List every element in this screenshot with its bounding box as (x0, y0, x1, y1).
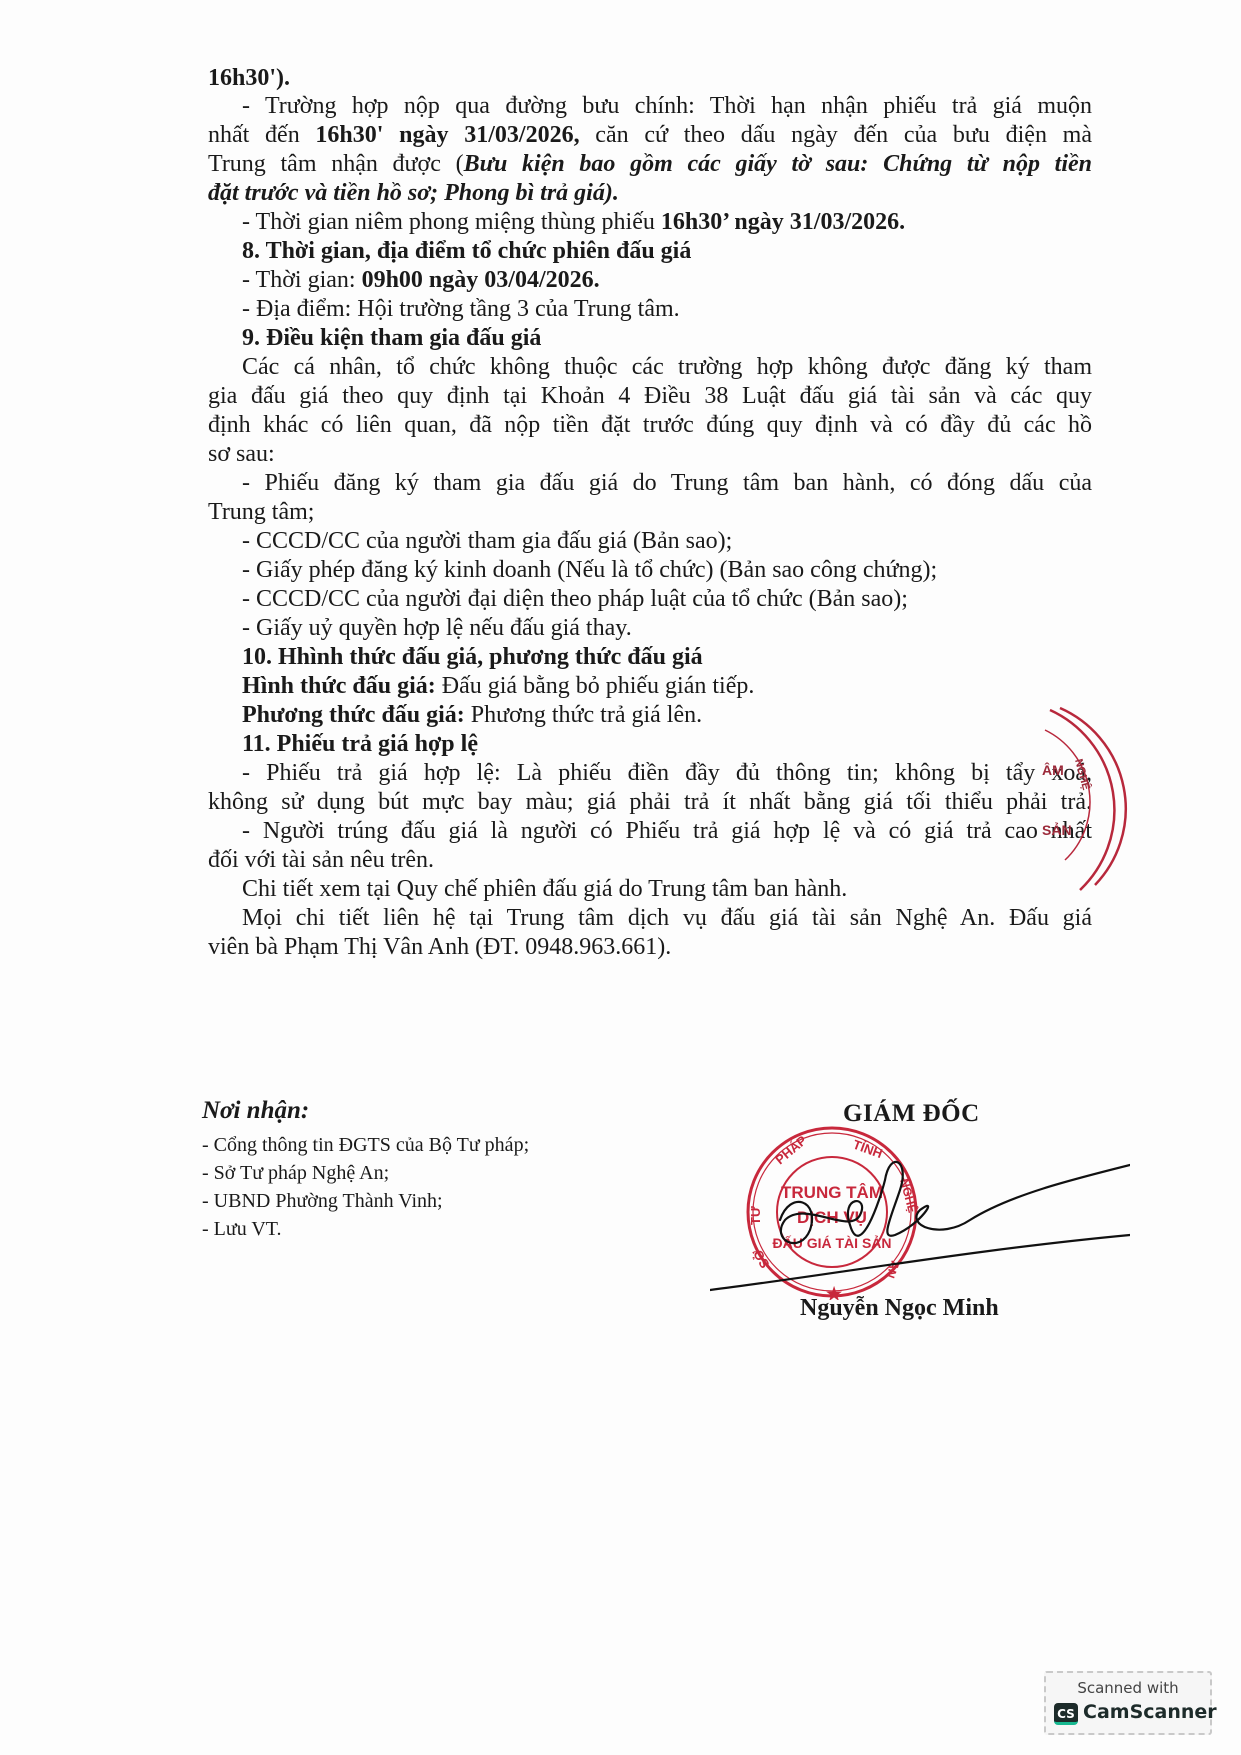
camscanner-watermark: Scanned with CS CamScanner (1044, 1671, 1212, 1735)
section-heading-8: 8. Thời gian, địa điểm tổ chức phiên đấu… (242, 235, 1092, 267)
text-line: - Thời gian: 09h00 ngày 03/04/2026. (242, 264, 1092, 296)
camscanner-logo-icon: CS (1054, 1703, 1078, 1725)
text-line: Chi tiết xem tại Quy chế phiên đấu giá d… (242, 873, 1092, 905)
svg-text:SẢN: SẢN (1042, 822, 1072, 838)
partial-seal-icon: ÂM SẢN NGHỆ (1040, 700, 1130, 900)
handwritten-signature-icon (710, 1140, 1130, 1300)
text-line: - Giấy uỷ quyền hợp lệ nếu đấu giá thay. (242, 612, 1092, 644)
recipients-title: Nơi nhận: (202, 1097, 309, 1125)
text-line: đặt trước và tiền hồ sơ; Phong bì trả gi… (208, 177, 1092, 209)
text-line: - Người trúng đấu giá là người có Phiếu … (242, 815, 1092, 847)
section-heading-11: 11. Phiếu trả giá hợp lệ (242, 728, 1092, 760)
text-line: Trung tâm nhận được (Bưu kiện bao gồm cá… (208, 148, 1092, 180)
text-line: Các cá nhân, tổ chức không thuộc các trư… (242, 351, 1092, 383)
text-line: - CCCD/CC của người tham gia đấu giá (Bả… (242, 525, 1092, 557)
text-line: Trung tâm; (208, 496, 1092, 528)
svg-text:ÂM: ÂM (1042, 761, 1064, 778)
recipient-item: - Sở Tư pháp Nghệ An; (202, 1159, 389, 1187)
text-line: - CCCD/CC của người đại diện theo pháp l… (242, 583, 1092, 615)
text-line: Hình thức đấu giá: Đấu giá bằng bỏ phiếu… (242, 670, 1092, 702)
text-line: Phương thức đấu giá: Phương thức trả giá… (242, 699, 1092, 731)
watermark-brand: CamScanner (1083, 1701, 1217, 1723)
text-line: đối với tài sản nêu trên. (208, 844, 1092, 876)
text-line: - Phiếu trả giá hợp lệ: Là phiếu điền đầ… (242, 757, 1092, 789)
text-line: - Địa điểm: Hội trường tầng 3 của Trung … (242, 293, 1092, 325)
text-line: định khác có liên quan, đã nộp tiền đặt … (208, 409, 1092, 441)
recipient-item: - Cổng thông tin ĐGTS của Bộ Tư pháp; (202, 1131, 529, 1159)
text-line: - Trường hợp nộp qua đường bưu chính: Th… (242, 90, 1092, 122)
text-line: không sử dụng bút mực bay màu; giá phải … (208, 786, 1092, 818)
text-line: sơ sau: (208, 438, 1092, 470)
signer-name: Nguyễn Ngọc Minh (800, 1295, 999, 1322)
recipient-item: - Lưu VT. (202, 1215, 282, 1243)
text-line: viên bà Phạm Thị Vân Anh (ĐT. 0948.963.6… (208, 931, 1092, 963)
section-heading-10: 10. Hhình thức đấu giá, phương thức đấu … (242, 641, 1092, 673)
text-line: - Giấy phép đăng ký kinh doanh (Nếu là t… (242, 554, 1092, 586)
text-line: gia đấu giá theo quy định tại Khoản 4 Đi… (208, 380, 1092, 412)
text-line: - Phiếu đăng ký tham gia đấu giá do Trun… (242, 467, 1092, 499)
section-heading-9: 9. Điều kiện tham gia đấu giá (242, 322, 1092, 354)
watermark-caption: Scanned with (1046, 1679, 1210, 1697)
text-line: Mọi chi tiết liên hệ tại Trung tâm dịch … (242, 902, 1092, 934)
text-line: - Thời gian niêm phong miệng thùng phiếu… (242, 206, 1092, 238)
recipient-item: - UBND Phường Thành Vinh; (202, 1187, 443, 1215)
svg-text:NGHỆ: NGHỆ (1072, 757, 1093, 791)
text-line: nhất đến 16h30' ngày 31/03/2026, căn cứ … (208, 119, 1092, 151)
document-page: 16h30'). - Trường hợp nộp qua đường bưu … (0, 0, 1241, 1755)
